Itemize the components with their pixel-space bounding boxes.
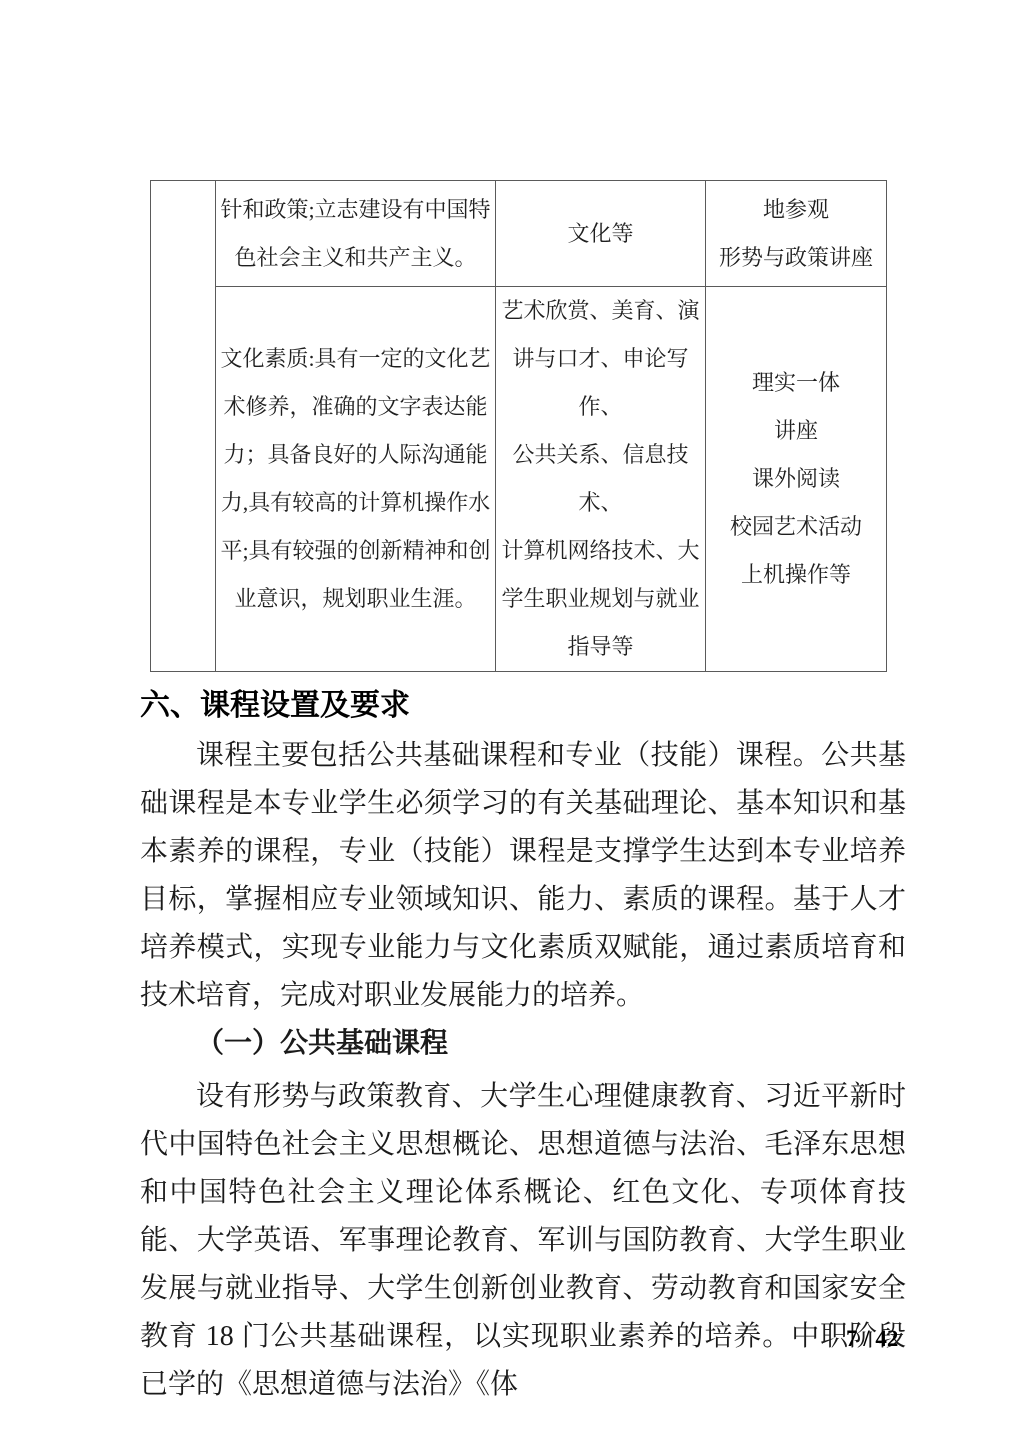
- table-cell-culture-courses: 艺术欣赏、美育、演 讲与口才、申论写作、 公共关系、信息技术、 计算机网络技术、…: [496, 287, 706, 672]
- page-number: 7 / 42: [846, 1326, 898, 1352]
- table-cell-spanner-empty: [151, 181, 216, 672]
- table-cell-ideology-courses: 文化等: [496, 181, 706, 287]
- document-page: 针和政策;立志建设有中国特 色社会主义和共产主义。 文化等 地参观 形势与政策讲…: [0, 0, 1024, 1448]
- table-cell-ideology-methods: 地参观 形势与政策讲座: [706, 181, 887, 287]
- body-paragraph-public-basic-courses: 设有形势与政策教育、大学生心理健康教育、习近平新时代中国特色社会主义思想概论、思…: [140, 1073, 906, 1409]
- table-cell-culture-requirement: 文化素质:具有一定的文化艺 术修养，准确的文字表达能 力；具备良好的人际沟通能 …: [216, 287, 496, 672]
- body-paragraph-course-overview: 课程主要包括公共基础课程和专业（技能）课程。公共基础课程是本专业学生必须学习的有…: [140, 732, 906, 1020]
- section-heading: 六、课程设置及要求: [140, 685, 906, 727]
- subsection-heading-public-basic-courses: （一）公共基础课程: [140, 1020, 906, 1068]
- table-cell-ideology-requirement: 针和政策;立志建设有中国特 色社会主义和共产主义。: [216, 181, 496, 287]
- table-cell-culture-methods: 理实一体 讲座 课外阅读 校园艺术活动 上机操作等: [706, 287, 887, 672]
- page-content: 针和政策;立志建设有中国特 色社会主义和共产主义。 文化等 地参观 形势与政策讲…: [140, 0, 906, 1409]
- quality-requirements-table: 针和政策;立志建设有中国特 色社会主义和共产主义。 文化等 地参观 形势与政策讲…: [150, 180, 887, 672]
